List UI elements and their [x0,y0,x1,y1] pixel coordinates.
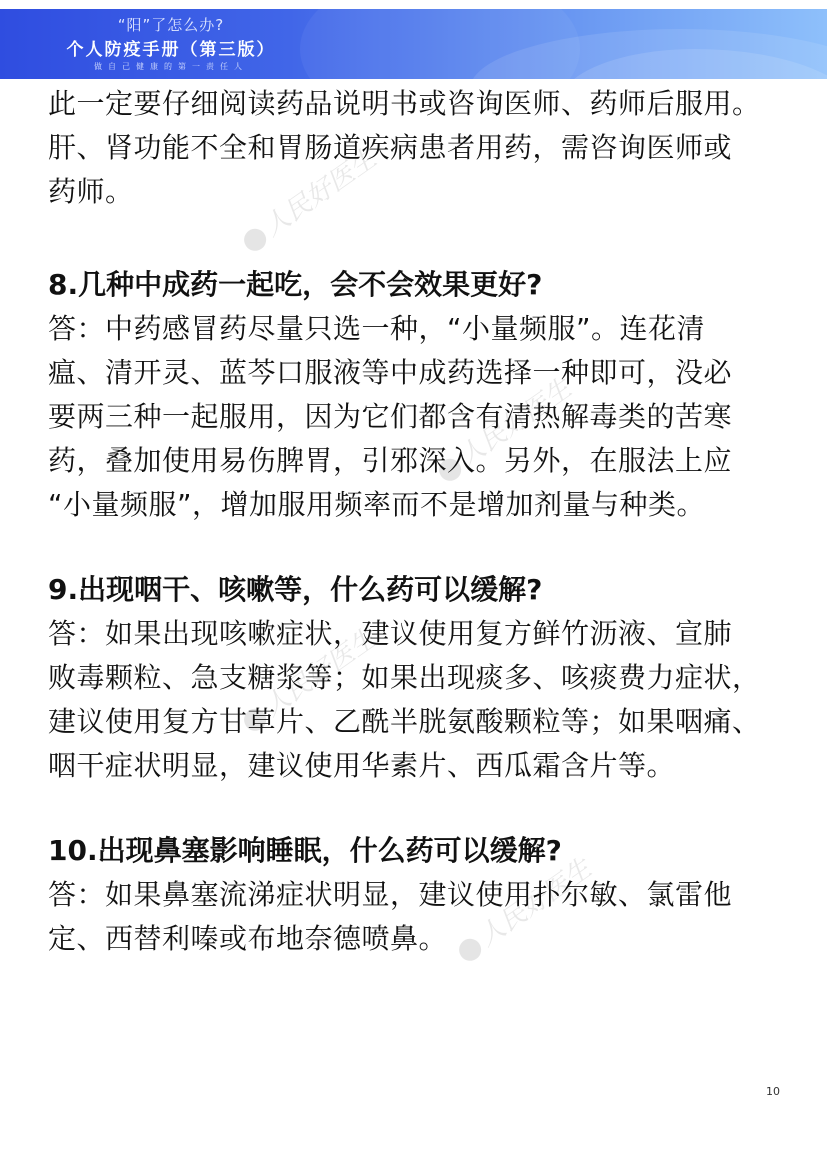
answer-line: 建议使用复方甘草片、乙酰半胱氨酸颗粒等；如果咽痛、 [48,700,788,744]
answer-line: 败毒颗粒、急支糖浆等；如果出现痰多、咳痰费力症状， [48,656,788,700]
question-heading: 9.出现咽干、咳嗽等，什么药可以缓解? [48,568,788,612]
header-title: 个人防疫手册（第三版） [56,35,286,60]
question-heading: 10.出现鼻塞影响睡眠，什么药可以缓解? [48,829,788,873]
header-banner: “阳”了怎么办? 个人防疫手册（第三版） 做自己健康的第一责任人 [0,9,827,79]
answer-line: 咽干症状明显，建议使用华素片、西瓜霜含片等。 [48,744,788,788]
document-body: 此一定要仔细阅读药品说明书或咨询医师、药师后服用。 肝、肾功能不全和胃肠道疾病患… [48,82,788,961]
qa-section-8: 8.几种中成药一起吃，会不会效果更好? 答：中药感冒药尽量只选一种，“小量频服”… [48,263,788,527]
answer-line: 定、西替利嗪或布地奈德喷鼻。 [48,917,788,961]
qa-section-10: 10.出现鼻塞影响睡眠，什么药可以缓解? 答：如果鼻塞流涕症状明显，建议使用扑尔… [48,829,788,961]
answer-line: 答：如果鼻塞流涕症状明显，建议使用扑尔敏、氯雷他 [48,873,788,917]
page-number: 10 [766,1085,780,1098]
header-tagline: 做自己健康的第一责任人 [56,61,286,72]
intro-paragraph: 此一定要仔细阅读药品说明书或咨询医师、药师后服用。 肝、肾功能不全和胃肠道疾病患… [48,82,788,214]
qa-section-9: 9.出现咽干、咳嗽等，什么药可以缓解? 答：如果出现咳嗽症状，建议使用复方鲜竹沥… [48,568,788,788]
header-text: “阳”了怎么办? 个人防疫手册（第三版） 做自己健康的第一责任人 [56,9,286,72]
text-line: 肝、肾功能不全和胃肠道疾病患者用药，需咨询医师或 [48,126,788,170]
spacer [48,214,788,263]
answer-line: 瘟、清开灵、蓝芩口服液等中成药选择一种即可，没必 [48,351,788,395]
spacer [48,527,788,568]
text-line: 药师。 [48,170,788,214]
answer-line: 要两三种一起服用，因为它们都含有清热解毒类的苦寒 [48,395,788,439]
answer-line: 答：如果出现咳嗽症状，建议使用复方鲜竹沥液、宣肺 [48,612,788,656]
question-heading: 8.几种中成药一起吃，会不会效果更好? [48,263,788,307]
text-line: 此一定要仔细阅读药品说明书或咨询医师、药师后服用。 [48,82,788,126]
spacer [48,788,788,829]
header-subtitle: “阳”了怎么办? [56,14,286,35]
answer-line: 答：中药感冒药尽量只选一种，“小量频服”。连花清 [48,307,788,351]
answer-line: “小量频服”，增加服用频率而不是增加剂量与种类。 [48,483,788,527]
answer-line: 药，叠加使用易伤脾胃，引邪深入。另外，在服法上应 [48,439,788,483]
